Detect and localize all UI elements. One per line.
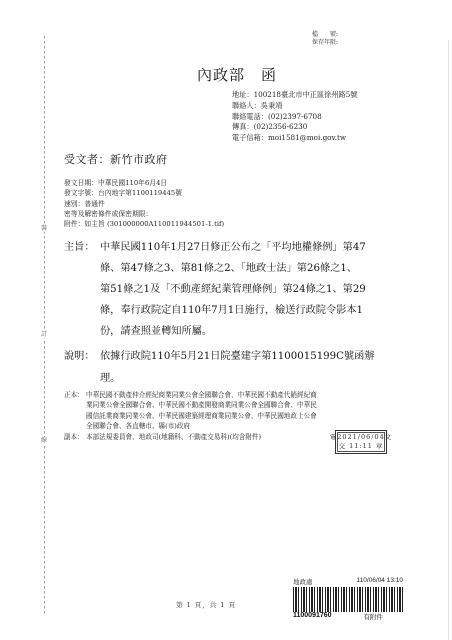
file-number-label: 檔 號:: [312, 31, 338, 39]
page-edge: [448, 40, 449, 640]
phone: 聯絡電話：(02)2397-6708: [232, 112, 357, 123]
stamp-line: 電2021/06/04文: [330, 433, 392, 442]
file-number-block: 檔 號: 保存年限:: [312, 31, 338, 46]
original-line: 國信託業商業同業公會、中華民國建築經理商業同業公會、中華民國地政士公會: [86, 411, 386, 421]
attachment-note: 有附件: [364, 612, 384, 621]
doc-number: 發文字號：台內地字第1100119445號: [64, 188, 224, 198]
electronic-exchange-stamp: 電2021/06/04文 交 11:11 章: [335, 430, 387, 454]
subject-line: 條，奉行政院定自110年7月1日施行，檢送行政院令影本1: [100, 300, 400, 321]
address: 地址：100218臺北市中正區徐州路5號: [232, 90, 357, 101]
meta-block: 發文日期：中華民國110年6月4日 發文字號：台內地字第1100119445號 …: [64, 178, 224, 229]
subject-line: 條、第47條之3、第81條之2、「地政士法」第26條之1、: [100, 258, 400, 279]
attachment: 附件：如主旨 (301000000A110011944501-1.tif): [64, 219, 224, 229]
fax: 傳真：(02)2356-6230: [232, 122, 357, 133]
stamp-line: 交 11:11 章: [339, 442, 384, 451]
explanation-label: 說明：: [64, 346, 100, 390]
explanation-line: 依據行政院110年5月21日院臺建字第1100015199C號函辦: [100, 346, 400, 368]
barcode: [293, 587, 403, 612]
retention-label: 保存年限:: [312, 39, 338, 47]
original-line: 業同業公會全國聯合會、中華民國不動產開發商業同業公會全國聯合會、中華民: [86, 400, 386, 410]
receiving-office: 地政處: [293, 577, 313, 586]
page-number: 第 1 頁，共 1 頁: [176, 600, 236, 609]
binding-char-xian: 線: [41, 437, 47, 444]
speed: 速別：普通件: [64, 199, 224, 209]
subject-section: 主旨： 中華民國110年1月27日修正公布之「平均地權條例」第47 條、第47條…: [64, 237, 404, 342]
subject-line: 份，請查照並轉知所屬。: [100, 321, 400, 342]
explanation-line: 理。: [100, 368, 400, 390]
email: 電子信箱：moi1581@moi.gov.tw: [232, 133, 357, 144]
copy-label: 副本：: [64, 432, 86, 442]
recipient: 受文者：新竹市政府: [64, 151, 168, 167]
binding-char-zhuang: 裝: [41, 225, 47, 232]
original-label: 正本：: [64, 390, 86, 432]
contact-block: 地址：100218臺北市中正區徐州路5號 聯絡人：吳秉靖 聯絡電話：(02)23…: [232, 90, 357, 144]
original-line: 中華民國不動產仲介經紀商業同業公會全國聯合會、中華民國不動產代銷經紀商: [86, 390, 386, 400]
document-title: 內政部 函: [197, 64, 277, 85]
issue-date: 發文日期：中華民國110年6月4日: [64, 178, 224, 188]
secrecy: 密等及解密條件或保密期限：: [64, 209, 224, 219]
subject-line: 中華民國110年1月27日修正公布之「平均地權條例」第47: [100, 237, 400, 258]
subject-line: 第51條之1及「不動產經紀業管理條例」第24條之1、第29: [100, 279, 400, 300]
contact-person: 聯絡人：吳秉靖: [232, 101, 357, 112]
subject-label: 主旨：: [64, 237, 100, 342]
binding-line: [44, 36, 45, 616]
receipt-barcode-label: 地政處 110/06/04 13:10 1100091760 有附件: [293, 577, 403, 621]
binding-char-ding: 訂: [41, 331, 47, 338]
barcode-number: 1100091760: [293, 612, 332, 621]
explanation-section: 說明： 依據行政院110年5月21日院臺建字第1100015199C號函辦 理。: [64, 346, 404, 390]
receipt-timestamp: 110/06/04 13:10: [356, 577, 403, 586]
